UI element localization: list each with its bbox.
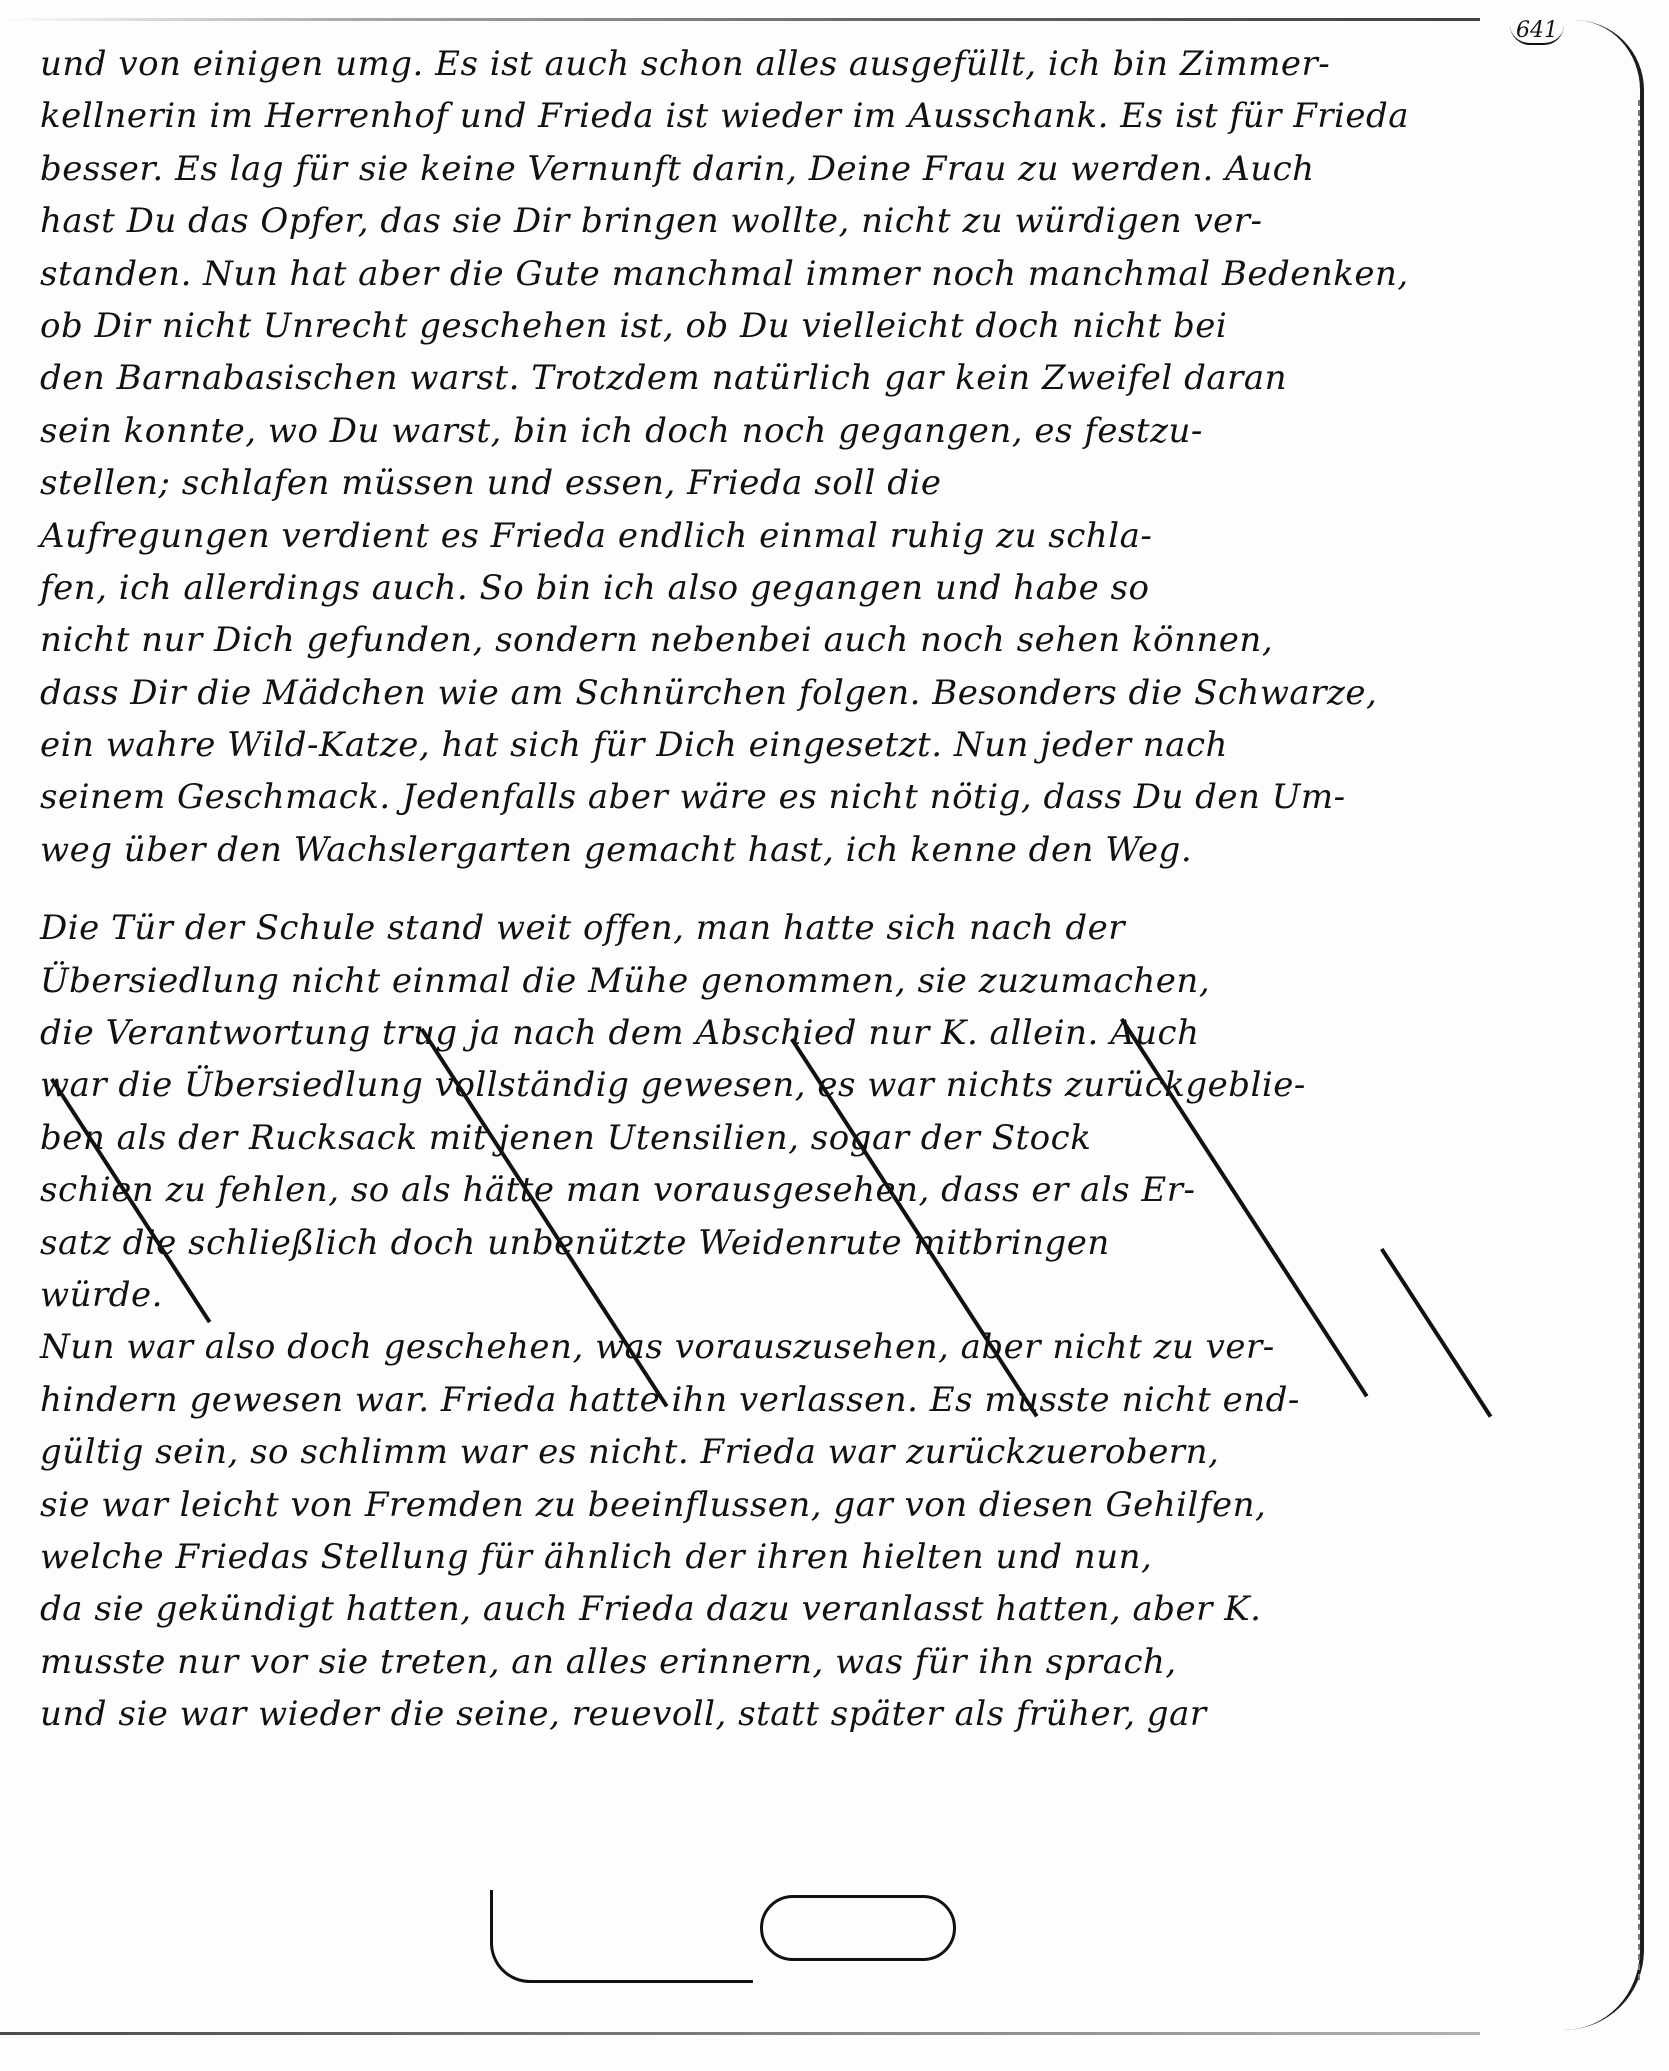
text-line: welche Friedas Stellung für ähnlich der … <box>40 1531 1620 1583</box>
deleted-passage-line: Die Tür der Schule stand weit offen, man… <box>40 902 1620 954</box>
deleted-passage-line: satz die schließlich doch unbenützte Wei… <box>40 1217 1620 1269</box>
text-line: seinem Geschmack. Jedenfalls aber wäre e… <box>40 771 1620 823</box>
text-line: sie war leicht von Fremden zu beeinfluss… <box>40 1479 1620 1531</box>
deleted-passage-line: ben als der Rucksack mit jenen Utensilie… <box>40 1112 1620 1164</box>
text-line: da sie gekündigt hatten, auch Frieda daz… <box>40 1583 1620 1635</box>
bracket-annotation <box>490 1890 753 1983</box>
deleted-passage-line: die Verantwortung trug ja nach dem Absch… <box>40 1007 1620 1059</box>
text-line: besser. Es lag für sie keine Vernunft da… <box>40 143 1620 195</box>
text-line: kellnerin im Herrenhof und Frieda ist wi… <box>40 90 1620 142</box>
text-line: ob Dir nicht Unrecht geschehen ist, ob D… <box>40 300 1620 352</box>
text-line: dass Dir die Mädchen wie am Schnürchen f… <box>40 667 1620 719</box>
text-line: nicht nur Dich gefunden, sondern nebenbe… <box>40 614 1620 666</box>
text-line: fen, ich allerdings auch. So bin ich als… <box>40 562 1620 614</box>
text-line: den Barnabasischen warst. Trotzdem natür… <box>40 352 1620 404</box>
text-line: Aufregungen verdient es Frieda endlich e… <box>40 510 1620 562</box>
text-line: hindern gewesen war. Frieda hatte ihn ve… <box>40 1374 1620 1426</box>
text-line: sein konnte, wo Du warst, bin ich doch n… <box>40 405 1620 457</box>
text-line: standen. Nun hat aber die Gute manchmal … <box>40 248 1620 300</box>
text-line: hast Du das Opfer, das sie Dir bringen w… <box>40 195 1620 247</box>
text-line: würde. <box>40 1269 1620 1321</box>
text-line-with-circled-word: und sie war wieder die seine, reuevoll, … <box>40 1688 1620 1740</box>
text-line: Nun war also doch geschehen, was vorausz… <box>40 1321 1620 1373</box>
paragraph-gap <box>40 876 1620 902</box>
deleted-passage-line: schien zu fehlen, so als hätte man vorau… <box>40 1164 1620 1216</box>
manuscript-text: und von einigen umg. Es ist auch schon a… <box>40 38 1620 1741</box>
deleted-passage-line: Übersiedlung nicht einmal die Mühe genom… <box>40 955 1620 1007</box>
page-border-inner-line <box>1638 100 1640 1980</box>
text-line: ein wahre Wild-Katze, hat sich für Dich … <box>40 719 1620 771</box>
manuscript-page: 641 und von einigen umg. Es ist auch sch… <box>0 0 1669 2071</box>
text-line: gültig sein, so schlimm war es nicht. Fr… <box>40 1426 1620 1478</box>
deleted-passage-line: war die Übersiedlung vollständig gewesen… <box>40 1059 1620 1111</box>
text-line: und von einigen umg. Es ist auch schon a… <box>40 38 1620 90</box>
text-line-with-strikethrough: stellen; schlafen müssen und essen, Frie… <box>40 457 1620 509</box>
text-line: musste nur vor sie treten, an alles erin… <box>40 1636 1620 1688</box>
bottom-scan-edge <box>0 2032 1480 2035</box>
circle-annotation <box>760 1895 956 1961</box>
text-line: weg über den Wachslergarten gemacht hast… <box>40 824 1620 876</box>
